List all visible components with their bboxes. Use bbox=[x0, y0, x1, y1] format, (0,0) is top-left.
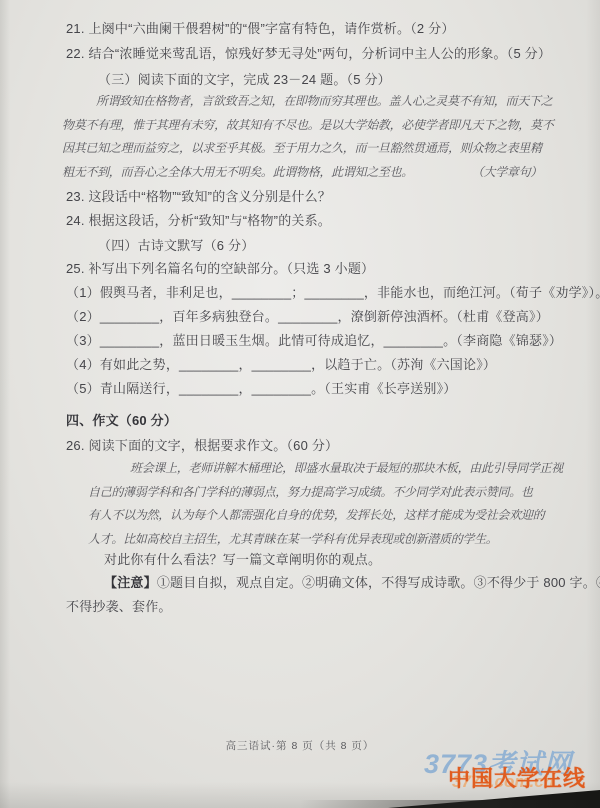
blank-item-1: （1）假舆马者，非利足也，________；________，非能水也，而绝江河… bbox=[66, 282, 600, 301]
scan-edge-shadow-fade bbox=[300, 800, 600, 808]
notice-label: 【注意】 bbox=[104, 575, 157, 590]
blank-item-5: （5）青山隔送行，________，________。（王实甫《长亭送别》） bbox=[66, 378, 457, 397]
watermark-overlay-text: 中国大学在线 bbox=[448, 762, 586, 793]
question-26: 26. 阅读下面的文字，根据要求作文。（60 分） bbox=[66, 435, 338, 454]
section-4-heading: （四）古诗文默写（6 分） bbox=[98, 235, 254, 254]
passage-source: （大学章句） bbox=[472, 161, 542, 185]
question-24: 24. 根据这段话，分析“致知”与“格物”的关系。 bbox=[66, 210, 331, 229]
essay-line-4: 人才。比如高校自主招生，尤其青睐在某一学科有优异表现或创新潜质的学生。 bbox=[88, 528, 543, 552]
notice-line-2: 不得抄袭、套作。 bbox=[66, 596, 172, 615]
question-25: 25. 补写出下列名篇名句的空缺部分。（只选 3 小题） bbox=[66, 258, 374, 277]
question-23: 23. 这段话中“格物”“致知”的含义分别是什么？ bbox=[66, 186, 331, 205]
passage-line-2: 物莫不有理，惟于其理有未穷，故其知有不尽也。是以大学始教，必使学者即凡天下之物，… bbox=[62, 114, 542, 138]
essay-line-3: 有人不以为然，认为每个人都需强化自身的优势，发挥长处，这样才能成为受社会欢迎的 bbox=[88, 504, 543, 528]
passage-line-3: 因其已知之理而益穷之，以求至乎其极。至于用力之久，而一旦豁然贯通焉，则众物之表里… bbox=[62, 137, 542, 161]
essay-prompt: 班会课上，老师讲解木桶理论，即盛水量取决于最短的那块木板，由此引导同学正视 自己… bbox=[88, 457, 543, 551]
blank-item-2: （2）________，百年多病独登台。________，潦倒新停浊酒杯。（杜甫… bbox=[66, 306, 549, 325]
question-21: 21. 上阕中“六曲阑干偎碧树”的“偎”字富有特色，请作赏析。（2 分） bbox=[66, 18, 455, 37]
passage-line-4: 粗无不到，而吾心之全体大用无不明矣。此谓物格，此谓知之至也。 bbox=[62, 161, 413, 185]
scanned-exam-page: 21. 上阕中“六曲阑干偎碧树”的“偎”字富有特色，请作赏析。（2 分） 22.… bbox=[0, 0, 600, 808]
blank-item-3: （3）________，蓝田日暖玉生烟。此情可待成追忆，________。（李商… bbox=[66, 330, 562, 349]
question-22: 22. 结合“浓睡觉来莺乱语，惊残好梦无寻处”两句，分析词中主人公的形象。（5 … bbox=[66, 43, 551, 62]
notice-line-1: 【注意】①题目自拟，观点自定。②明确文体，不得写成诗歌。③不得少于 800 字。… bbox=[104, 572, 600, 591]
essay-line-2: 自己的薄弱学科和各门学科的薄弱点，努力提高学习成绩。不少同学对此表示赞同。也 bbox=[88, 481, 543, 505]
notice-text-1: ①题目自拟，观点自定。②明确文体，不得写成诗歌。③不得少于 800 字。④ bbox=[157, 575, 600, 590]
section-3-heading: （三）阅读下面的文字，完成 23－24 题。（5 分） bbox=[98, 69, 391, 88]
blank-item-4: （4）有如此之势，________，________，以趋于亡。（苏洵《六国论》… bbox=[66, 354, 496, 373]
passage-line-1: 所谓致知在格物者，言欲致吾之知，在即物而穷其理也。盖人心之灵莫不有知，而天下之 bbox=[62, 90, 542, 114]
essay-section-heading: 四、作文（60 分） bbox=[66, 410, 177, 429]
essay-viewpoint-line: 对此你有什么看法？写一篇文章阐明你的观点。 bbox=[104, 549, 381, 568]
essay-line-1: 班会课上，老师讲解木桶理论，即盛水量取决于最短的那块木板，由此引导同学正视 bbox=[88, 457, 543, 481]
classical-passage: 所谓致知在格物者，言欲致吾之知，在即物而穷其理也。盖人心之灵莫不有知，而天下之 … bbox=[62, 90, 542, 185]
